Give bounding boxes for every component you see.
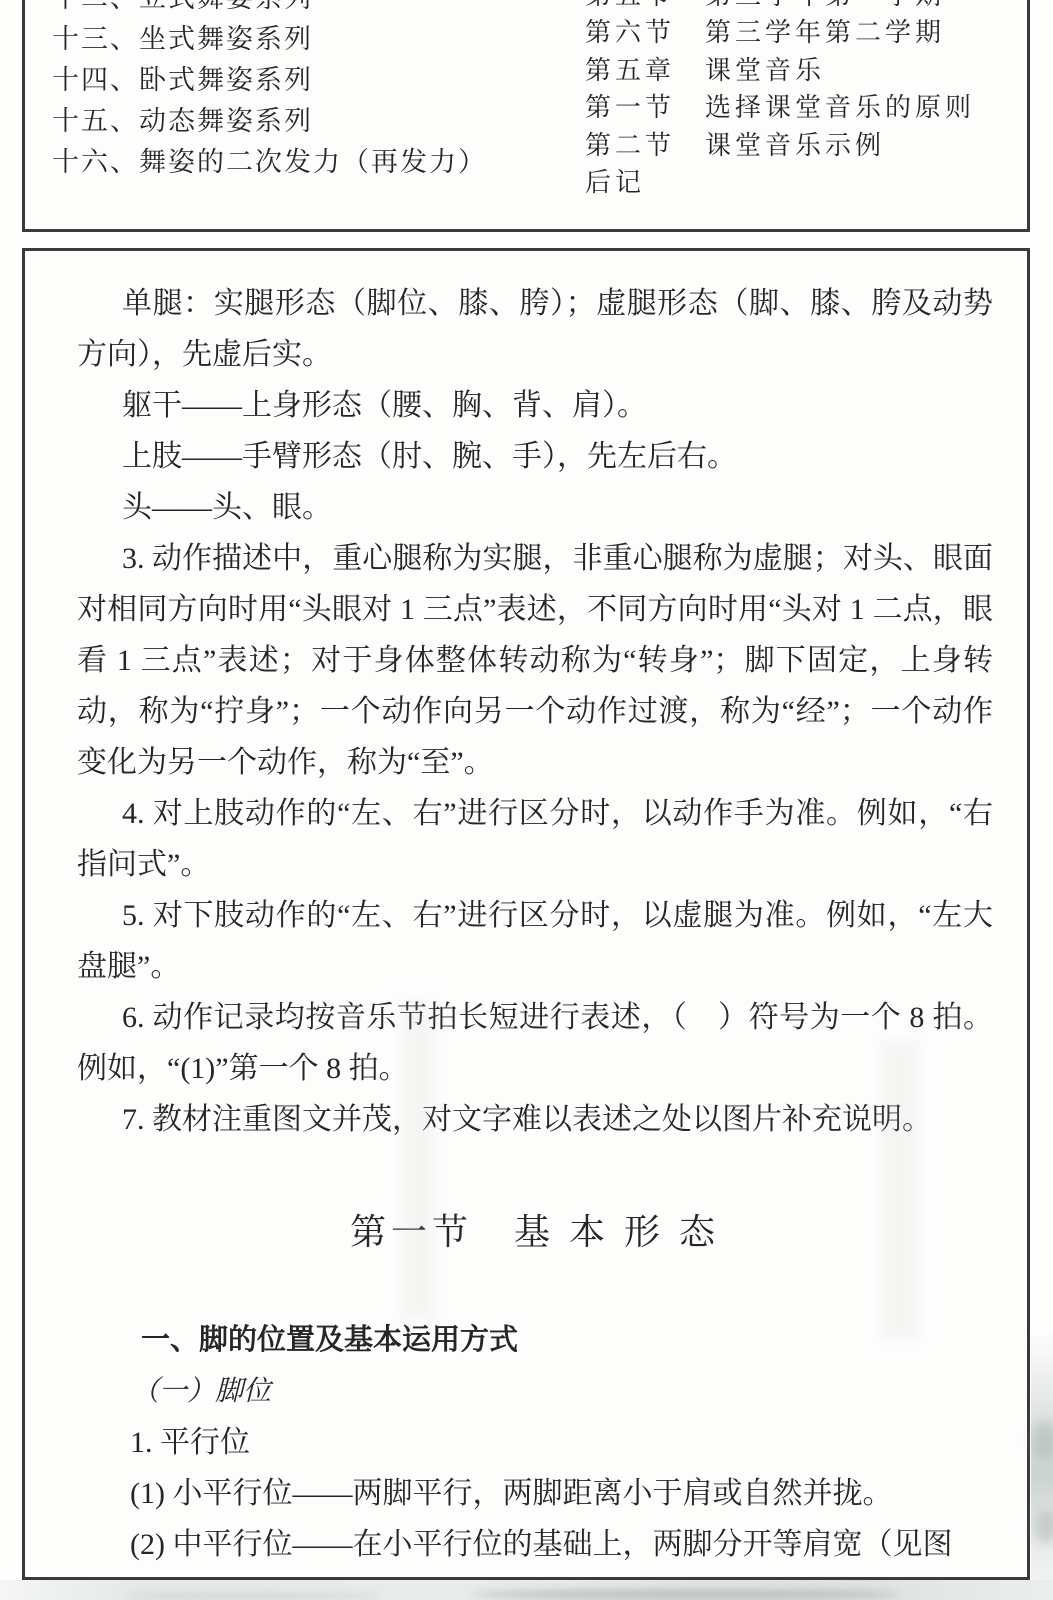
subsection-item: (2) 中平行位——在小平行位的基础上，两脚分开等肩宽（见图 bbox=[77, 1519, 993, 1570]
subsection-heading: 一、脚的位置及基本运用方式 bbox=[77, 1315, 993, 1366]
scan-smudge bbox=[120, 1593, 380, 1600]
body-paragraph: 4. 对上肢动作的“左、右”进行区分时，以动作手为准。例如，“右指问式”。 bbox=[77, 788, 993, 890]
scan-smudge bbox=[470, 1590, 900, 1599]
toc-item: 十六、舞姿的二次发力（再发力） bbox=[52, 142, 487, 183]
body-paragraph: 上肢——手臂形态（肘、腕、手），先左后右。 bbox=[77, 431, 993, 482]
toc-right-column: 第五节 第三学年第一学期 第六节 第三学年第二学期 第五章 课堂音乐 第一节 选… bbox=[585, 0, 975, 201]
toc-item: 第二节 课堂音乐示例 bbox=[585, 127, 975, 164]
body-paragraph: 5. 对下肢动作的“左、右”进行区分时，以虚腿为准。例如，“左大盘腿”。 bbox=[77, 890, 993, 992]
toc-left-column: 十二、立式舞姿系列 十三、坐式舞姿系列 十四、卧式舞姿系列 十五、动态舞姿系列 … bbox=[52, 0, 487, 183]
toc-item: 十二、立式舞姿系列 bbox=[52, 0, 487, 19]
scan-smudge bbox=[1034, 1510, 1053, 1544]
body-paragraph: 6. 动作记录均按音乐节拍长短进行表述，（ ）符号为一个 8 拍。例如，“(1)… bbox=[77, 992, 993, 1094]
body-paragraph: 3. 动作描述中，重心腿称为实腿，非重心腿称为虚腿；对头、眼面对相同方向时用“头… bbox=[77, 533, 993, 788]
scanned-book-page: 十二、立式舞姿系列 十三、坐式舞姿系列 十四、卧式舞姿系列 十五、动态舞姿系列 … bbox=[0, 0, 1053, 1600]
body-paragraph: 头——头、眼。 bbox=[77, 482, 993, 533]
subsection-subheading: （一）脚位 bbox=[77, 1366, 993, 1417]
body-text: 单腿：实腿形态（脚位、膝、胯）；虚腿形态（脚、膝、胯及动势方向），先虚后实。 躯… bbox=[77, 278, 993, 1570]
toc-box: 十二、立式舞姿系列 十三、坐式舞姿系列 十四、卧式舞姿系列 十五、动态舞姿系列 … bbox=[22, 0, 1030, 232]
body-paragraph: 7. 教材注重图文并茂，对文字难以表述之处以图片补充说明。 bbox=[77, 1094, 993, 1145]
toc-item: 第一节 选择课堂音乐的原则 bbox=[585, 89, 975, 126]
body-paragraph: 单腿：实腿形态（脚位、膝、胯）；虚腿形态（脚、膝、胯及动势方向），先虚后实。 bbox=[77, 278, 993, 380]
body-paragraph: 躯干——上身形态（腰、胸、背、肩）。 bbox=[77, 380, 993, 431]
toc-item: 十三、坐式舞姿系列 bbox=[52, 19, 487, 60]
toc-item: 第六节 第三学年第二学期 bbox=[585, 14, 975, 51]
section-heading: 第一节 基 本 形 态 bbox=[77, 1203, 993, 1261]
toc-item: 第五章 课堂音乐 bbox=[585, 52, 975, 89]
scan-smudge bbox=[1032, 1420, 1053, 1460]
content-box: 单腿：实腿形态（脚位、膝、胯）；虚腿形态（脚、膝、胯及动势方向），先虚后实。 躯… bbox=[22, 248, 1030, 1580]
toc-item: 十五、动态舞姿系列 bbox=[52, 101, 487, 142]
subsection-item: 1. 平行位 bbox=[77, 1417, 993, 1468]
subsection-item: (1) 小平行位——两脚平行，两脚距离小于肩或自然并拢。 bbox=[77, 1468, 993, 1519]
toc-item: 后记 bbox=[585, 164, 975, 201]
toc-item: 十四、卧式舞姿系列 bbox=[52, 60, 487, 101]
toc-item: 第五节 第三学年第一学期 bbox=[585, 0, 975, 14]
